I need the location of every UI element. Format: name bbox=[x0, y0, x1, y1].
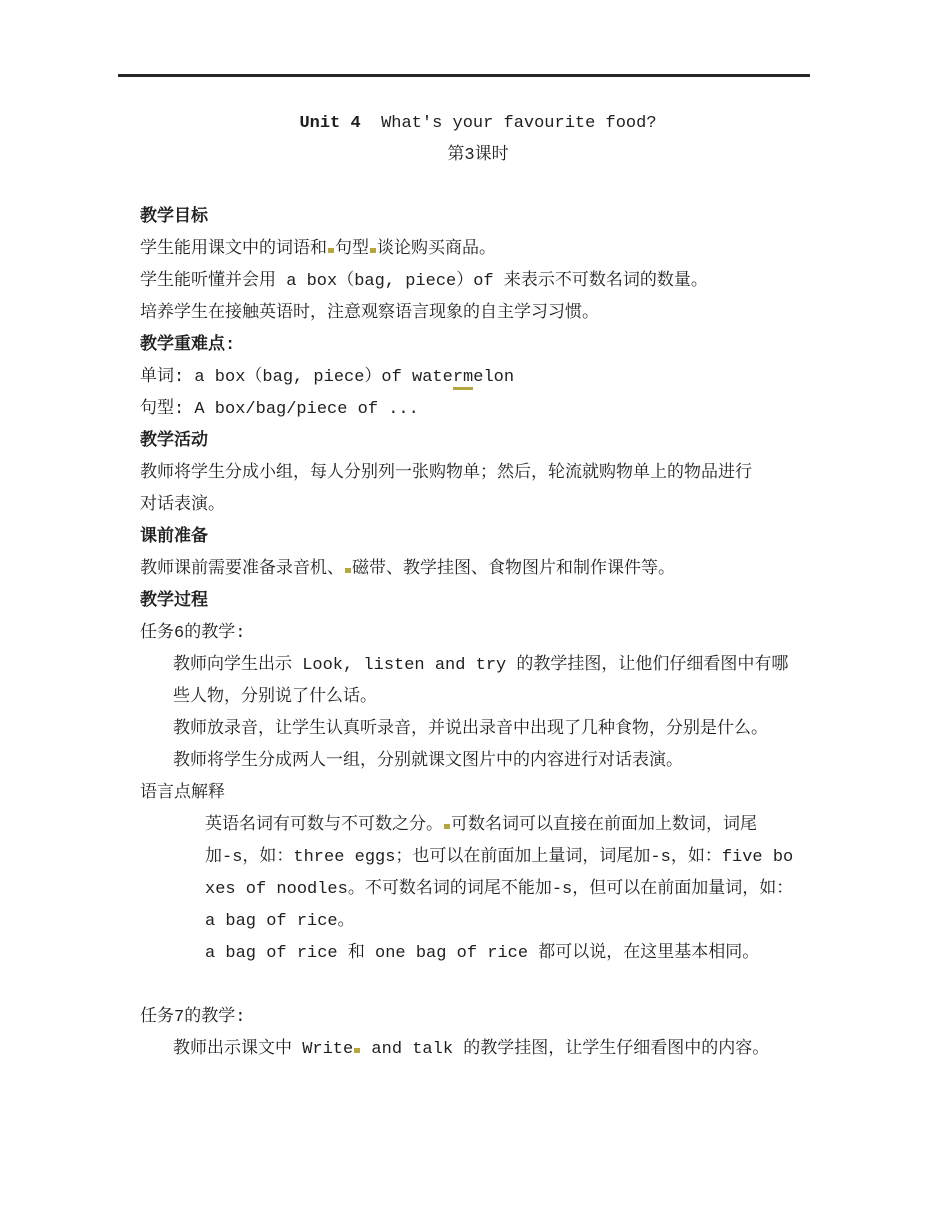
proofing-mark-icon bbox=[354, 1048, 360, 1053]
text-line: a bag of rice 和 one bag of rice 都可以说，在这里… bbox=[140, 938, 816, 970]
text-segment: 语言点解释 bbox=[140, 784, 225, 803]
text-segment: 谈论购买商品。 bbox=[377, 240, 496, 259]
text-segment: 对话表演。 bbox=[140, 496, 225, 515]
text-segment: 课前准备 bbox=[140, 528, 208, 547]
text-segment: 磁带、教学挂图、食物图片和制作课件等。 bbox=[352, 560, 675, 579]
section-heading-teaching-activities: 教学活动 bbox=[140, 426, 816, 458]
text-segment: 教学重难点: bbox=[140, 336, 235, 355]
text-line: 英语名词有可数与不可数之分。可数名词可以直接在前面加上数词，词尾 bbox=[140, 810, 816, 842]
text-line: 学生能听懂并会用 a box（bag, piece）of 来表示不可数名词的数量… bbox=[140, 266, 816, 298]
proofing-mark-icon bbox=[345, 568, 351, 573]
text-segment: 些人物，分别说了什么话。 bbox=[173, 688, 377, 707]
document-title: Unit 4 What's your favourite food? bbox=[140, 108, 816, 140]
document-title-text: What's your favourite food? bbox=[361, 114, 657, 133]
proofing-mark-icon bbox=[328, 248, 334, 253]
text-segment: 加-s，如：three eggs；也可以在前面加上量词，词尾加-s，如：five… bbox=[205, 848, 793, 867]
document-subtitle: 第3课时 bbox=[140, 140, 816, 172]
text-line: 培养学生在接触英语时，注意观察语言现象的自主学习习惯。 bbox=[140, 298, 816, 330]
text-segment: 学生能用课文中的词语和 bbox=[140, 240, 327, 259]
text-segment: 任务7的教学: bbox=[140, 1008, 245, 1027]
text-line: 教师向学生出示 Look, listen and try 的教学挂图，让他们仔细… bbox=[140, 650, 816, 682]
document-page: Unit 4 What's your favourite food? 第3课时 … bbox=[0, 0, 950, 1230]
title-spacer bbox=[140, 172, 816, 202]
text-line: 句型: A box/bag/piece of ... bbox=[140, 394, 816, 426]
text-line: 单词: a box（bag, piece）of watermelon bbox=[140, 362, 816, 394]
proofing-mark-icon bbox=[370, 248, 376, 253]
text-line: 任务7的教学: bbox=[140, 1002, 816, 1034]
text-line: 教师将学生分成两人一组，分别就课文图片中的内容进行对话表演。 bbox=[140, 746, 816, 778]
blank-line bbox=[140, 970, 816, 1002]
text-segment: 教学目标 bbox=[140, 208, 208, 227]
text-line: 些人物，分别说了什么话。 bbox=[140, 682, 816, 714]
text-line: 加-s，如：three eggs；也可以在前面加上量词，词尾加-s，如：five… bbox=[140, 842, 816, 874]
text-line: 教师出示课文中 Write and talk 的教学挂图，让学生仔细看图中的内容… bbox=[140, 1034, 816, 1066]
text-segment: 教师放录音，让学生认真听录音，并说出录音中出现了几种食物，分别是什么。 bbox=[173, 720, 768, 739]
document-title-unit: Unit 4 bbox=[299, 114, 360, 133]
text-line: 教师课前需要准备录音机、磁带、教学挂图、食物图片和制作课件等。 bbox=[140, 554, 816, 586]
proofing-mark-icon bbox=[444, 824, 450, 829]
text-segment: 教师将学生分成两人一组，分别就课文图片中的内容进行对话表演。 bbox=[173, 752, 683, 771]
text-segment: elon bbox=[473, 368, 514, 387]
text-line: 教师放录音，让学生认真听录音，并说出录音中出现了几种食物，分别是什么。 bbox=[140, 714, 816, 746]
text-segment: 教学过程 bbox=[140, 592, 208, 611]
text-segment: 句型: A box/bag/piece of ... bbox=[140, 400, 419, 419]
text-segment: xes of noodles。不可数名词的词尾不能加-s，但可以在前面加量词，如… bbox=[205, 880, 793, 899]
text-segment: a bag of rice 和 one bag of rice 都可以说，在这里… bbox=[205, 944, 759, 963]
text-segment: 教师将学生分成小组，每人分别列一张购物单；然后，轮流就购物单上的物品进行 bbox=[140, 464, 752, 483]
text-segment: 教学活动 bbox=[140, 432, 208, 451]
section-heading-preparation: 课前准备 bbox=[140, 522, 816, 554]
text-segment: 英语名词有可数与不可数之分。 bbox=[205, 816, 443, 835]
text-line: 学生能用课文中的词语和句型谈论购买商品。 bbox=[140, 234, 816, 266]
text-segment: 培养学生在接触英语时，注意观察语言现象的自主学习习惯。 bbox=[140, 304, 599, 323]
text-segment: 可数名词可以直接在前面加上数词，词尾 bbox=[451, 816, 757, 835]
text-line: xes of noodles。不可数名词的词尾不能加-s，但可以在前面加量词，如… bbox=[140, 874, 816, 906]
header-rule bbox=[118, 74, 810, 77]
text-segment: 单词: a box（bag, piece）of wate bbox=[140, 368, 453, 387]
text-segment: and talk 的教学挂图，让学生仔细看图中的内容。 bbox=[361, 1040, 769, 1059]
text-segment: 教师出示课文中 Write bbox=[173, 1040, 353, 1059]
text-line: 任务6的教学: bbox=[140, 618, 816, 650]
text-line: 教师将学生分成小组，每人分别列一张购物单；然后，轮流就购物单上的物品进行 bbox=[140, 458, 816, 490]
text-segment: rm bbox=[453, 368, 473, 390]
text-segment: 句型 bbox=[335, 240, 369, 259]
document-content: Unit 4 What's your favourite food? 第3课时 … bbox=[140, 108, 816, 1066]
section-heading-teaching-process: 教学过程 bbox=[140, 586, 816, 618]
text-line: a bag of rice。 bbox=[140, 906, 816, 938]
text-line: 语言点解释 bbox=[140, 778, 816, 810]
text-segment: a bag of rice。 bbox=[205, 912, 355, 931]
section-heading-key-difficult-points: 教学重难点: bbox=[140, 330, 816, 362]
text-line: 对话表演。 bbox=[140, 490, 816, 522]
text-segment: 教师课前需要准备录音机、 bbox=[140, 560, 344, 579]
document-body: 教学目标学生能用课文中的词语和句型谈论购买商品。学生能听懂并会用 a box（b… bbox=[140, 202, 816, 1066]
text-segment: 学生能听懂并会用 a box（bag, piece）of 来表示不可数名词的数量… bbox=[140, 272, 708, 291]
section-heading-teaching-objectives: 教学目标 bbox=[140, 202, 816, 234]
text-segment: 任务6的教学: bbox=[140, 624, 245, 643]
text-segment: 教师向学生出示 Look, listen and try 的教学挂图，让他们仔细… bbox=[173, 656, 788, 675]
